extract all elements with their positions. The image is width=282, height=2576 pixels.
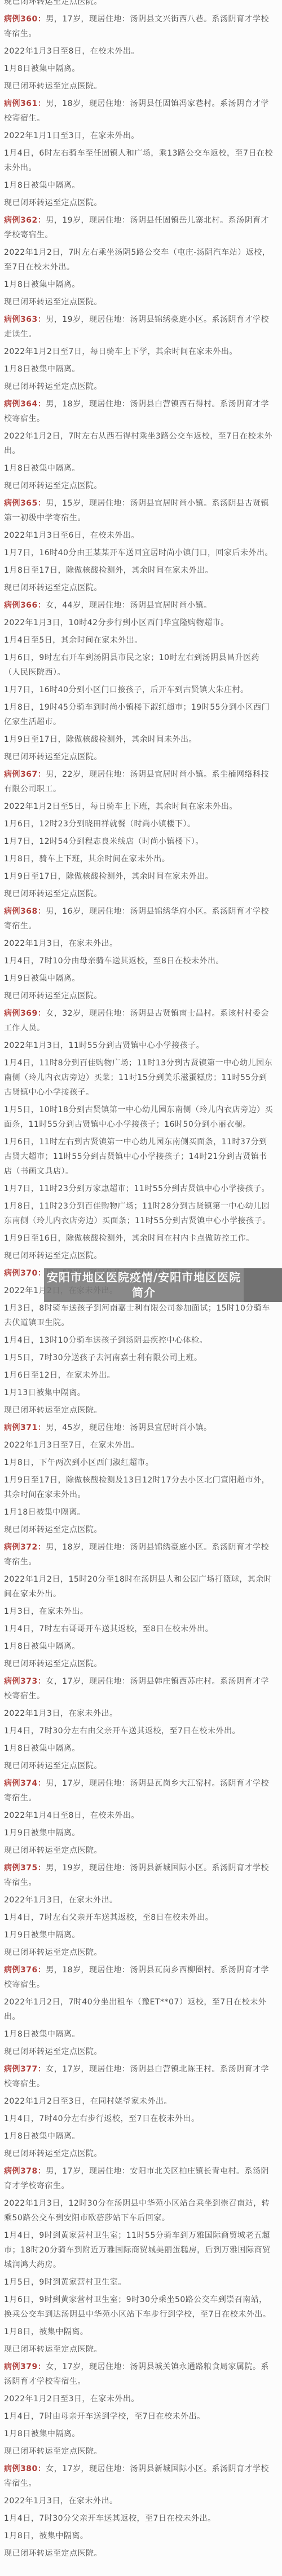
case-event-line: 1月4日至5日，其余时间在家未外出。 <box>4 633 275 648</box>
case-entry: 病例379：女，17岁，现居住地：汤阴县城关镇永通路粮食局家属院。系汤阴育才学校… <box>4 2360 275 2459</box>
case-event-line: 现已闭环转运至定点医院。 <box>4 1843 275 1858</box>
case-label: 病例378： <box>4 2167 46 2176</box>
case-event-line: 2022年1月3日，11时55分到古贤镇中心小学接孩子。 <box>4 1038 275 1053</box>
case-header: 病例375：男，19岁，现居住地：汤阴县新城国际小区。系汤阴育才学校寄宿生。 <box>4 1861 275 1890</box>
case-label: 病例375： <box>4 1864 46 1873</box>
case-event-line: 2022年1月3日，在家未外出。 <box>4 2494 275 2508</box>
case-header: 病例376：男，18岁，现居住地：汤阴县瓦岗乡西柳圈村。系汤阴育才学校寄宿生。 <box>4 1963 275 1992</box>
case-entry: 病例374：男，17岁，现居住地：汤阴县瓦岗乡大江窑村。汤阴育才学校寄宿生。 2… <box>4 1776 275 1858</box>
case-event-line: 现已闭环转运至定点医院。 <box>4 379 275 394</box>
case-event-line: 1月9日至17日，除做核酸检测外，其余时间在家未外出。 <box>4 869 275 884</box>
case-entry: 病例363：男，19岁，现居住地：汤阴县锦绣豪庭小区。系汤阴育才学校走读生。 2… <box>4 312 275 394</box>
partial-top-line: 现已闭环转运至定点医院。 <box>4 0 275 9</box>
case-label: 病例368： <box>4 907 46 916</box>
case-event-line: 1月8日被集中隔离。 <box>4 2129 275 2144</box>
case-event-line: 1月9日至16日，除做核酸检测外，其余时间在村内卡点做防控工作。 <box>4 1231 275 1246</box>
case-list: 病例360：男，17岁，现居住地：汤阴县文兴街西八巷。系汤阴育才学校寄宿生。 2… <box>4 12 275 2561</box>
case-description: 男，45岁，现居住地：汤阴县宜居时尚小镇。 <box>46 1423 211 1432</box>
case-event-line: 现已闭环转运至定点医院。 <box>4 1403 275 1418</box>
case-event-line: 现已闭环转运至定点医院。 <box>4 196 275 210</box>
case-entry: 病例373：女，17岁，现居住地：汤阴县韩庄镇西苏庄村。系汤阴育才学校寄宿生。 … <box>4 1674 275 1773</box>
case-event-line: 1月8日，被集中隔离。 <box>4 2325 275 2339</box>
case-label: 病例379： <box>4 2362 46 2371</box>
case-event-line: 现已闭环转运至定点医院。 <box>4 2342 275 2357</box>
case-event-line: 1月8日，11时23分到百佳购物广场；11时28分到古贤镇第一中心幼儿园东南侧（… <box>4 1199 275 1228</box>
case-event-line: 2022年1月3日，12时30分在汤阴县中华苑小区站台乘坐到崇召南站，转乘50路… <box>4 2196 275 2225</box>
article-body: 现已闭环转运至定点医院。 病例360：男，17岁，现居住地：汤阴县文兴街西八巷。… <box>0 0 282 2576</box>
case-header: 病例369：女，32岁，现居住地：汤阴县古贤镇南士昌村。系该村村委会工作人员。 <box>4 1006 275 1035</box>
case-header: 病例363：男，19岁，现居住地：汤阴县锦绣豪庭小区。系汤阴育才学校走读生。 <box>4 312 275 342</box>
case-event-line: 1月5日，7时30分送孩子去河南嘉士利有限公司上班。 <box>4 1351 275 1365</box>
case-event-line: 1月8日，19时45分骑车到时尚小镇楼下淑红超市；19时55分到小区西门亿家生活… <box>4 700 275 729</box>
case-label: 病例374： <box>4 1779 46 1788</box>
case-label: 病例370： <box>4 1269 46 1278</box>
case-event-line: 1月8日被集中隔离。 <box>4 461 275 476</box>
case-event-line: 1月4日，7时40分左右步行返校，至7日在校未外出。 <box>4 2112 275 2126</box>
case-event-line: 1月4日，9时到黄家营村卫生室；11时55分骑车到万雅国际商贸城老五超市；18时… <box>4 2228 275 2272</box>
case-header: 病例371：男，45岁，现居住地：汤阴县宜居时尚小镇。 <box>4 1420 275 1435</box>
case-event-line: 1月4日，7时左右父亲开车送其返校，至8日在校未外出。 <box>4 1910 275 1925</box>
case-entry: 病例360：男，17岁，现居住地：汤阴县文兴街西八巷。系汤阴育才学校寄宿生。 2… <box>4 12 275 94</box>
case-event-line: 1月9日被集中隔离。 <box>4 1928 275 1942</box>
case-entry: 病例370：男，57岁，现居住地：汤阴县伏道镇西官庄村。 2022年1月2日，在… <box>4 1266 275 1418</box>
case-header: 病例365：男，15岁，现居住地：汤阴县宜居时尚小镇。系汤阴县古贤镇第一初级中学… <box>4 496 275 525</box>
case-event-line: 2022年1月2日，7时40分坐出租车（豫ET**07）返校，至7日在校未外出。 <box>4 1995 275 2024</box>
case-event-line: 2022年1月3日，10时42分步行到小区西门华宜隆购物超市。 <box>4 616 275 630</box>
case-label: 病例367： <box>4 770 46 779</box>
case-event-line: 2022年1月1日至3日，在家未外出。 <box>4 129 275 143</box>
case-event-line: 现已闭环转运至定点医院。 <box>4 1945 275 1960</box>
case-header: 病例378：男，17岁，现居住地：安阳市北关区柏庄镇长青屯村。系汤阴育才学校寄宿… <box>4 2164 275 2193</box>
case-entry: 病例372：男，18岁，现居住地：汤阴县锦绣豪庭小区。系汤阴育才学校寄宿生。 2… <box>4 1540 275 1671</box>
case-event-line: 1月6日，9时左右开车到汤阴县市民之家；10时左右到汤阴县昌升医药（人民医院西）… <box>4 650 275 680</box>
case-entry: 病例380：女，17岁，现居住地：汤阴县新城国际小区。系汤阴育才学校寄宿生。 2… <box>4 2462 275 2561</box>
overlay-title-box: 安阳市地区医院疫情/安阳市地区医院简介 <box>44 1268 244 1302</box>
case-label: 病例365： <box>4 499 46 508</box>
case-event-line: 1月7日，11时23分到万家惠超市；11时55分到古贤镇中心小学接孩子。 <box>4 1181 275 1196</box>
case-event-line: 1月4日，7时10分由母亲骑车送其返校，至8日在校未外出。 <box>4 954 275 968</box>
case-event-line: 1月8日，被集中隔离。 <box>4 2529 275 2543</box>
case-label: 病例373： <box>4 1677 46 1686</box>
case-event-line: 现已闭环转运至定点医院。 <box>4 887 275 901</box>
case-event-line: 2022年1月2日，15时20分至18时在汤阴县人和公园广场打篮球，其余时间在家… <box>4 1572 275 1601</box>
case-header: 病例368：男，16岁，现居住地：汤阴县锦绣华府小区。系汤阴育才学校寄宿生。 <box>4 904 275 933</box>
case-label: 病例363： <box>4 315 46 324</box>
case-label: 病例360： <box>4 15 46 24</box>
case-header: 病例362：男，19岁，现居住地：汤阴县任固镇岳儿寨北村。系汤阴育才学校寄宿生。 <box>4 213 275 242</box>
case-event-line: 1月8日被集中隔离。 <box>4 1741 275 1756</box>
case-label: 病例371： <box>4 1423 46 1432</box>
case-event-line: 2022年1月3日至8日，在校未外出。 <box>4 44 275 59</box>
case-event-line: 1月6日至12日，在家未外出。 <box>4 1368 275 1383</box>
case-label: 病例362： <box>4 216 46 225</box>
case-event-line: 2022年1月2日至5日，每日骑车上下班，其余时间在家未外出。 <box>4 799 275 814</box>
case-event-line: 1月4日，13时10分骑车送孩子到汤阴县疾控中心体检。 <box>4 1333 275 1348</box>
case-event-line: 1月9日被集中隔离。 <box>4 1826 275 1840</box>
case-event-line: 现已闭环转运至定点医院。 <box>4 79 275 94</box>
case-entry: 病例365：男，15岁，现居住地：汤阴县宜居时尚小镇。系汤阴县古贤镇第一初级中学… <box>4 496 275 595</box>
case-header: 病例364：男，18岁，现居住地：汤阴县白营镇西石得村。系汤阴育才学校寄宿生。 <box>4 397 275 426</box>
case-event-line: 1月8日被集中隔离。 <box>4 277 275 292</box>
case-label: 病例376： <box>4 1966 46 1975</box>
case-event-line: 1月9日至17日，除做核酸检测外，其余时间未外出。 <box>4 732 275 747</box>
case-label: 病例380： <box>4 2464 46 2473</box>
case-header: 病例360：男，17岁，现居住地：汤阴县文兴街西八巷。系汤阴育才学校寄宿生。 <box>4 12 275 41</box>
case-label: 病例366： <box>4 601 46 610</box>
overlay-right-strip <box>244 1268 282 1302</box>
case-event-line: 1月8日被集中隔离。 <box>4 2027 275 2042</box>
case-entry: 病例378：男，17岁，现居住地：安阳市北关区柏庄镇长青屯村。系汤阴育才学校寄宿… <box>4 2164 275 2357</box>
case-header: 病例373：女，17岁，现居住地：汤阴县韩庄镇西苏庄村。系汤阴育才学校寄宿生。 <box>4 1674 275 1703</box>
case-event-line: 1月8日被集中隔离。 <box>4 1639 275 1654</box>
case-event-line: 1月8日至17日，除做核酸检测外，其余时间在家未外出。 <box>4 563 275 578</box>
case-header: 病例377：女，17岁，现居住地：汤阴县白营镇北陈王村。系汤阴育才学校寄宿生。 <box>4 2062 275 2091</box>
case-label: 病例372： <box>4 1543 46 1552</box>
case-event-line: 现已闭环转运至定点医院。 <box>4 2146 275 2161</box>
case-entry: 病例377：女，17岁，现居住地：汤阴县白营镇北陈王村。系汤阴育才学校寄宿生。 … <box>4 2062 275 2161</box>
case-header: 病例374：男，17岁，现居住地：汤阴县瓦岗乡大江窑村。汤阴育才学校寄宿生。 <box>4 1776 275 1805</box>
case-event-line: 2022年1月3日，在家未外出。 <box>4 1706 275 1721</box>
case-header: 病例361：男，18岁，现居住地：汤阴县任固镇冯家巷村。系汤阴育才学校寄宿生。 <box>4 96 275 126</box>
case-event-line: 1月4日，7时左右哥哥开车送其返校，至8日在校未外出。 <box>4 1622 275 1636</box>
case-header: 病例379：女，17岁，现居住地：汤阴县城关镇永通路粮食局家属院。系汤阴育才学校… <box>4 2360 275 2389</box>
case-label: 病例369： <box>4 1009 46 1018</box>
case-entry: 病例361：男，18岁，现居住地：汤阴县任固镇冯家巷村。系汤阴育才学校寄宿生。 … <box>4 96 275 210</box>
case-event-line: 现已闭环转运至定点医院。 <box>4 295 275 309</box>
case-event-line: 1月6日，9时到黄家营村卫生室；9时30分乘坐50路公交车到崇召南站，换乘公交车… <box>4 2292 275 2322</box>
case-event-line: 1月8日被集中隔离。 <box>4 178 275 193</box>
case-event-line: 1月6日，11时左右到古贤镇第一中心幼儿园东南侧买面条，11时37分到古贤大超市… <box>4 1135 275 1179</box>
case-entry: 病例369：女，32岁，现居住地：汤阴县古贤镇南士昌村。系该村村委会工作人员。 … <box>4 1006 275 1263</box>
case-entry: 病例371：男，45岁，现居住地：汤阴县宜居时尚小镇。 2022年1月3日至7日… <box>4 1420 275 1537</box>
case-event-line: 现已闭环转运至定点医院。 <box>4 479 275 493</box>
case-entry: 病例362：男，19岁，现居住地：汤阴县任固镇岳儿寨北村。系汤阴育才学校寄宿生。… <box>4 213 275 309</box>
case-event-line: 1月9日至17日，除做核酸检测及13日12时17分去小区北门宣阳超市外，其余时间… <box>4 1473 275 1502</box>
case-event-line: 1月8日被集中隔离。 <box>4 2427 275 2441</box>
case-event-line: 现已闭环转运至定点医院。 <box>4 989 275 1003</box>
case-event-line: 2022年1月2日，7时左右乘坐汤阴5路公交车（屯庄-汤阴汽车站）返校，至7日在… <box>4 245 275 275</box>
case-event-line: 1月7日，16时40分由王某某开车送回宜居时尚小镇门口，回家后未外出。 <box>4 546 275 560</box>
case-event-line: 现已闭环转运至定点医院。 <box>4 1657 275 1671</box>
case-event-line: 2022年1月2日至7日，每日骑车上下学，其余时间在家未外出。 <box>4 344 275 359</box>
case-event-line: 1月3日，8时骑车送孩子到河南嘉士利有限公司参加面试；15时10分骑车去伏道镇卫… <box>4 1301 275 1330</box>
overlay-banner[interactable]: 安阳市地区医院疫情/安阳市地区医院简介 <box>44 1268 244 1302</box>
case-event-line: 2022年1月2日至3日，在家未外出。 <box>4 2392 275 2406</box>
case-event-line: 1月5日，10时18分到古贤镇第一中心幼儿园东南侧（玲儿内衣店旁边）买面条，11… <box>4 1103 275 1132</box>
case-header: 病例380：女，17岁，现居住地：汤阴县新城国际小区。系汤阴育才学校寄宿生。 <box>4 2462 275 2491</box>
case-event-line: 1月8日被集中隔离。 <box>4 362 275 377</box>
case-header: 病例367：男，22岁，现居住地：汤阴县宜居时尚小镇。系尘楠网络科技有限公司职工… <box>4 767 275 796</box>
overlay-title: 安阳市地区医院疫情/安阳市地区医院简介 <box>46 1270 241 1300</box>
case-header: 病例366：女，44岁，现居住地：汤阴县宜居时尚小镇。 <box>4 598 275 613</box>
case-event-line: 2022年1月3日至6日，在校未外出。 <box>4 528 275 543</box>
case-description: 女，44岁，现居住地：汤阴县宜居时尚小镇。 <box>46 601 211 610</box>
case-event-line: 1月3日，在家未外出。 <box>4 1604 275 1619</box>
case-label: 病例377： <box>4 2065 46 2074</box>
case-event-line: 1月4日，7时由母亲开车送到学校，至7日在校未外出。 <box>4 2409 275 2424</box>
case-entry: 病例368：男，16岁，现居住地：汤阴县锦绣华府小区。系汤阴育才学校寄宿生。 2… <box>4 904 275 1003</box>
case-event-line: 现已闭环转运至定点医院。 <box>4 1759 275 1773</box>
case-event-line: 2022年1月2日，7时左右从西石得村乘坐3路公交车返校，至7日在校未外出。 <box>4 429 275 458</box>
case-event-line: 2022年1月3日，在家未外出。 <box>4 1893 275 1907</box>
case-event-line: 现已闭环转运至定点医院。 <box>4 2444 275 2459</box>
case-event-line: 1月6日，12时23分到晓田祥就餐（时尚小镇楼下）。 <box>4 817 275 831</box>
case-event-line: 现已闭环转运至定点医院。 <box>4 2546 275 2561</box>
case-label: 病例361： <box>4 99 46 108</box>
case-event-line: 1月8日，下午两次到小区西门淑红超市。 <box>4 1455 275 1470</box>
case-event-line: 1月7日，16时40分到小区门口接孩子，后开车到古贤镇大朱庄村。 <box>4 683 275 697</box>
case-event-line: 2022年1月3日，在家未外出。 <box>4 936 275 951</box>
case-entry: 病例366：女，44岁，现居住地：汤阴县宜居时尚小镇。 2022年1月3日，10… <box>4 598 275 764</box>
case-event-line: 2022年1月2日至3日，在同村姥爷家未外出。 <box>4 2094 275 2109</box>
case-event-line: 现已闭环转运至定点医院。 <box>4 2044 275 2059</box>
case-event-line: 1月4日，11时8分到百佳购物广场；11时13分到古贤镇第一中心幼儿园东南侧（玲… <box>4 1056 275 1100</box>
case-event-line: 1月8日，骑车上下班，其余时间在家未外出。 <box>4 852 275 866</box>
case-event-line: 现已闭环转运至定点医院。 <box>4 1522 275 1537</box>
case-event-line: 1月5日，9时到黄家营村卫生室。 <box>4 2275 275 2290</box>
case-event-line: 1月13日被集中隔离。 <box>4 1386 275 1400</box>
case-event-line: 现已闭环转运至定点医院。 <box>4 750 275 764</box>
case-entry: 病例364：男，18岁，现居住地：汤阴县白营镇西石得村。系汤阴育才学校寄宿生。 … <box>4 397 275 493</box>
case-event-line: 1月9日被集中隔离。 <box>4 971 275 986</box>
case-event-line: 1月7日，12时54分到程志良米线店（时尚小镇楼下）。 <box>4 834 275 849</box>
case-label: 病例364： <box>4 400 46 409</box>
case-event-line: 现已闭环转运至定点医院。 <box>4 581 275 595</box>
case-event-line: 1月18日被集中隔离。 <box>4 1505 275 1520</box>
case-entry: 病例375：男，19岁，现居住地：汤阴县新城国际小区。系汤阴育才学校寄宿生。 2… <box>4 1861 275 1960</box>
case-event-line: 1月4日，6时左右骑车至任固镇人和广场，乘13路公交车返校，至7日在校未外出。 <box>4 146 275 175</box>
case-entry: 病例367：男，22岁，现居住地：汤阴县宜居时尚小镇。系尘楠网络科技有限公司职工… <box>4 767 275 901</box>
case-entry: 病例376：男，18岁，现居住地：汤阴县瓦岗乡西柳圈村。系汤阴育才学校寄宿生。 … <box>4 1963 275 2059</box>
case-event-line: 1月4日，7时30分父亲开车送其返校，至7日在校未外出。 <box>4 2511 275 2526</box>
case-header: 病例372：男，18岁，现居住地：汤阴县锦绣豪庭小区。系汤阴育才学校寄宿生。 <box>4 1540 275 1569</box>
case-event-line: 2022年1月3日至7日，在家未外出。 <box>4 1438 275 1453</box>
case-event-line: 2022年1月4日至8日，在校未外出。 <box>4 1808 275 1823</box>
case-event-line: 1月8日被集中隔离。 <box>4 61 275 76</box>
case-event-line: 现已闭环转运至定点医院。 <box>4 1249 275 1263</box>
case-event-line: 1月4日，7时30分左右由父亲开车送其返校，至7日在校未外出。 <box>4 1724 275 1738</box>
